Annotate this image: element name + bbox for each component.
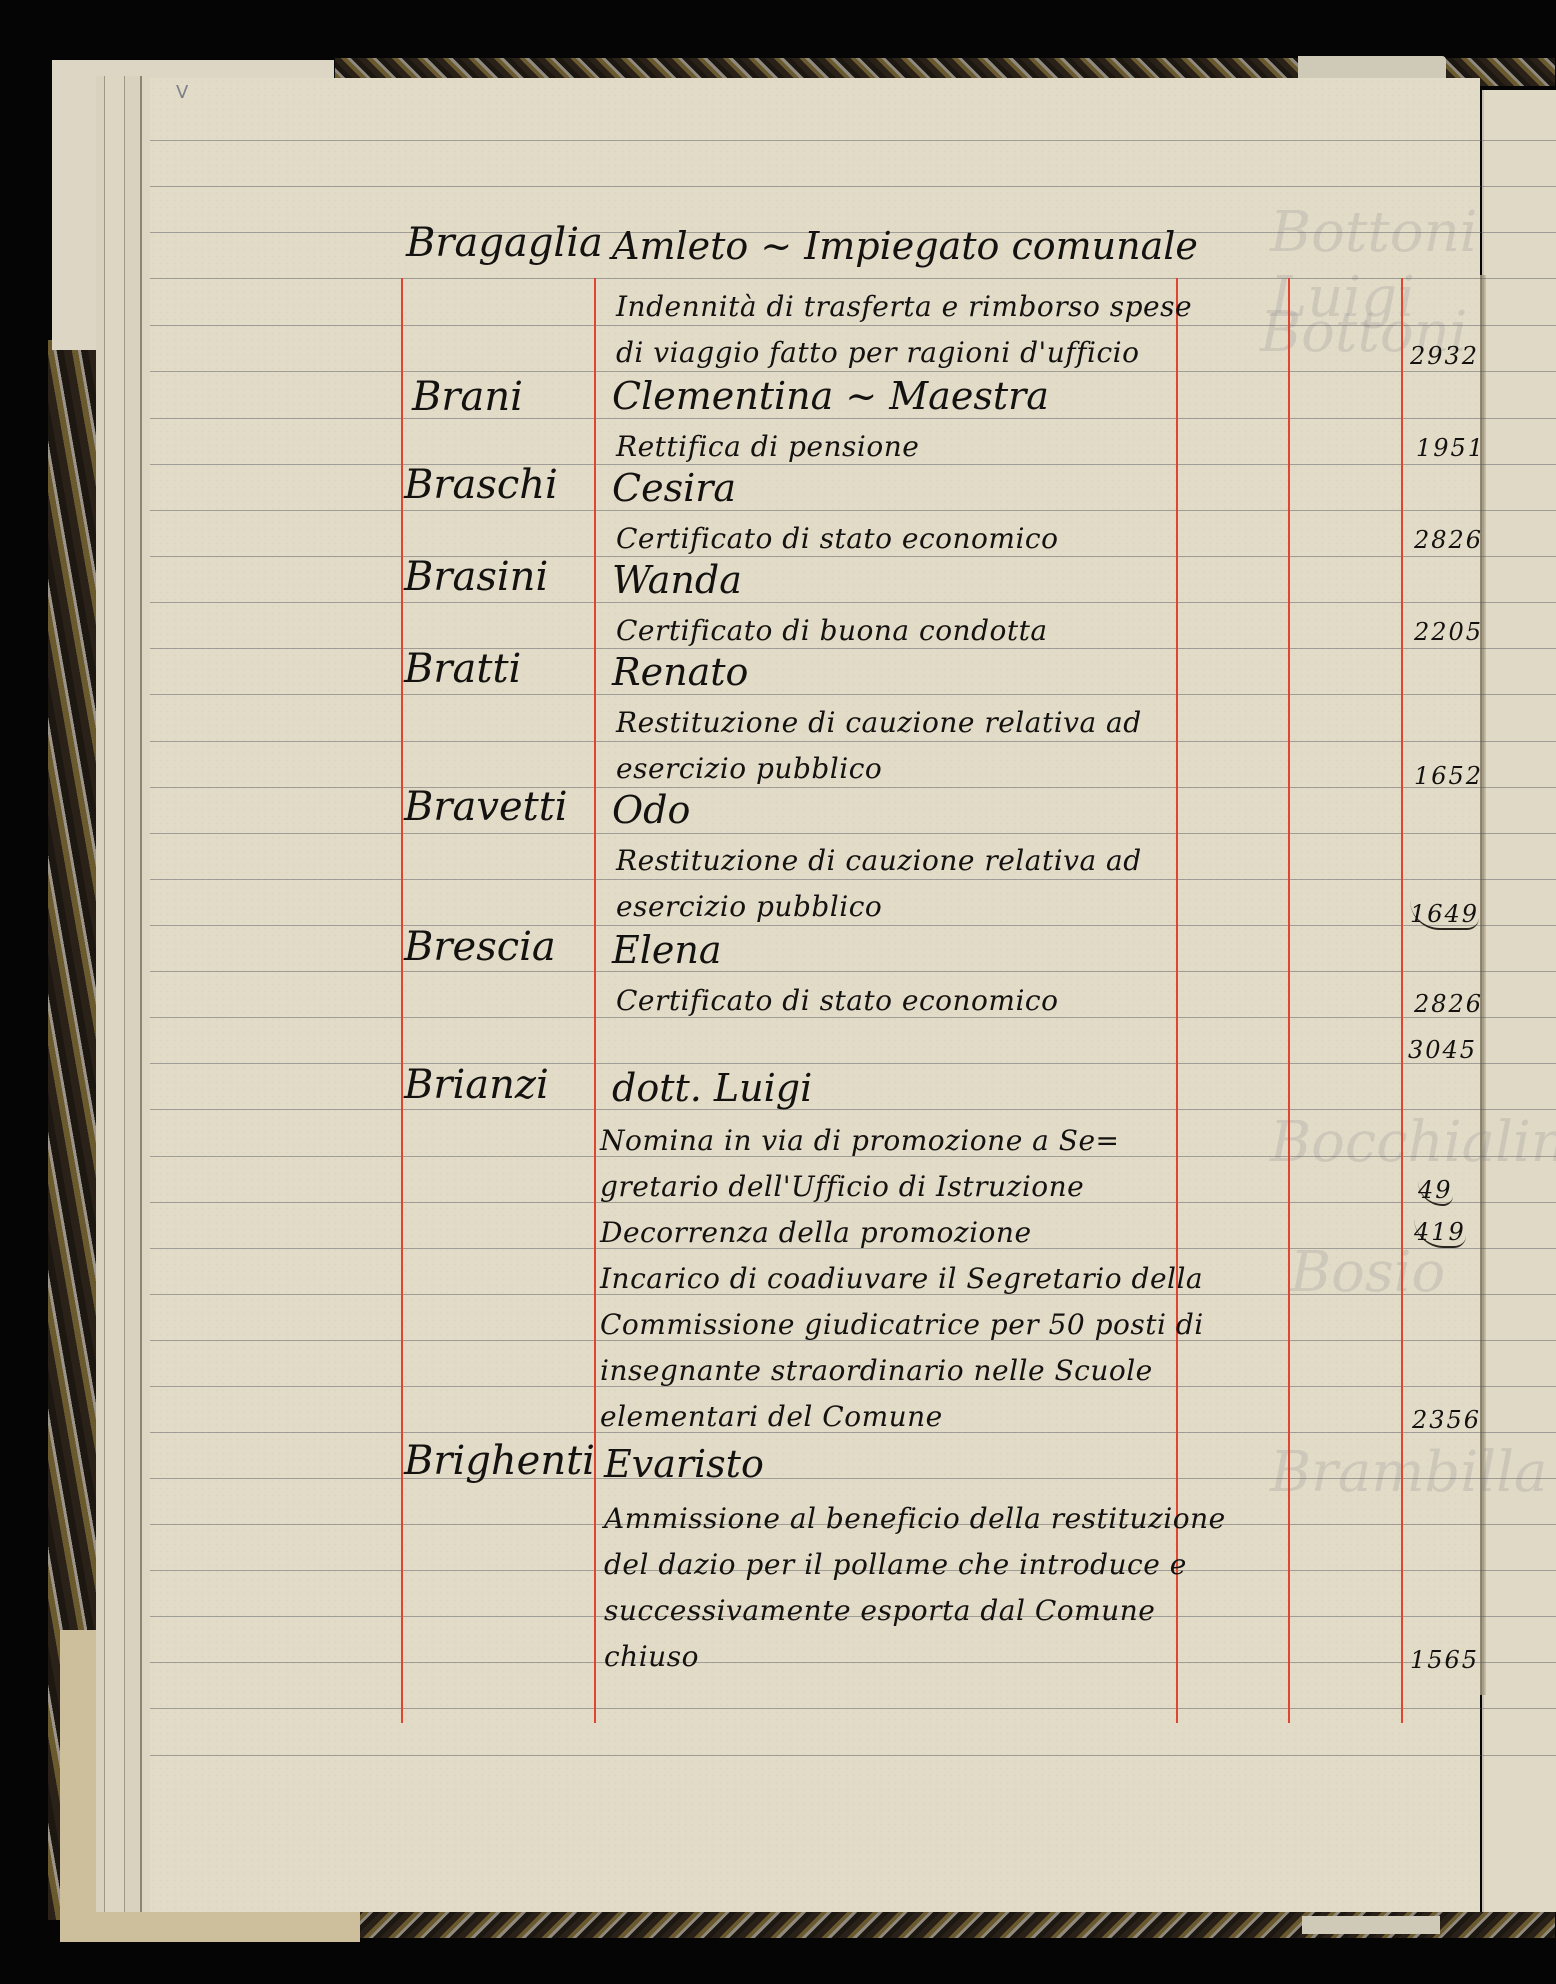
subject-line: insegnante straordinario nelle Scuole: [600, 1354, 1153, 1387]
subject-line: Indennità di trasferta e rimborso spese: [616, 290, 1192, 323]
subject-line: Restituzione di cauzione relativa ad: [616, 844, 1142, 877]
subject-line: Restituzione di cauzione relativa ad: [616, 706, 1142, 739]
given-name: Amleto ~ Impiegato comunale: [612, 224, 1198, 268]
subject-line: Commissione giudicatrice per 50 posti di: [600, 1308, 1204, 1341]
bleed-through-text: Bocchialini: [1270, 1110, 1556, 1175]
surname: Braschi: [404, 462, 558, 508]
surname: Bragaglia: [406, 220, 603, 266]
red-column-rule: [1401, 278, 1403, 1723]
reference-number: 2205: [1414, 618, 1483, 646]
subject-line: di viaggio fatto per ragioni d'ufficio: [616, 336, 1139, 369]
given-name: Elena: [612, 928, 722, 972]
surname: Brighenti: [404, 1438, 595, 1484]
surname: Brescia: [404, 924, 556, 970]
reference-number: 2932: [1410, 342, 1479, 370]
subject-line: chiuso: [604, 1640, 699, 1673]
reference-number: 3045: [1408, 1036, 1477, 1064]
reference-number: 49: [1418, 1176, 1453, 1206]
surname: Brani: [412, 374, 523, 420]
reference-number: 1652: [1414, 762, 1483, 790]
given-name: Clementina ~ Maestra: [612, 374, 1049, 418]
red-column-rule: [1288, 278, 1290, 1723]
subject-line: Incarico di coadiuvare il Segretario del…: [600, 1262, 1203, 1295]
surname: Brasini: [404, 554, 548, 600]
subject-line: del dazio per il pollame che introduce e: [604, 1548, 1187, 1581]
subject-line: esercizio pubblico: [616, 752, 882, 785]
binding-tab-bottom: [1302, 1916, 1440, 1934]
subject-line: Certificato di buona condotta: [616, 614, 1048, 647]
reference-number: 2826: [1414, 990, 1483, 1018]
given-name: dott. Luigi: [612, 1066, 812, 1110]
reference-number: 2826: [1414, 526, 1483, 554]
subject-line: Decorrenza della promozione: [600, 1216, 1032, 1249]
given-name: Wanda: [612, 558, 742, 602]
subject-line: Certificato di stato economico: [616, 984, 1058, 1017]
bleed-through-text: Brambilla: [1270, 1440, 1547, 1505]
facing-page-edge: [1482, 90, 1556, 1912]
reference-number: 1951: [1416, 434, 1485, 462]
subject-line: Ammissione al beneficio della restituzio…: [604, 1502, 1226, 1535]
surname: Bravetti: [404, 784, 568, 830]
surname: Bratti: [404, 646, 521, 692]
subject-line: gretario dell'Ufficio di Istruzione: [600, 1170, 1084, 1203]
reference-number: 1565: [1410, 1646, 1479, 1674]
reference-number: 419: [1414, 1218, 1466, 1248]
reference-number: 2356: [1412, 1406, 1481, 1434]
subject-line: elementari del Comune: [600, 1400, 943, 1433]
reference-number: 1649: [1410, 900, 1479, 930]
pencil-mark: V: [176, 82, 188, 103]
subject-line: Rettifica di pensione: [616, 430, 919, 463]
surname: Brianzi: [404, 1062, 549, 1108]
red-column-rule: [594, 278, 596, 1723]
subject-line: Nomina in via di promozione a Se=: [600, 1124, 1119, 1157]
subject-line: Certificato di stato economico: [616, 522, 1058, 555]
subject-line: esercizio pubblico: [616, 890, 882, 923]
given-name: Cesira: [612, 466, 736, 510]
given-name: Odo: [612, 788, 690, 832]
subject-line: successivamente esporta dal Comune: [604, 1594, 1155, 1627]
given-name: Evaristo: [604, 1442, 764, 1486]
bleed-through-text: Bosio: [1290, 1240, 1445, 1305]
page-stack-edges: [96, 76, 152, 1912]
red-column-rule: [401, 278, 403, 1723]
given-name: Renato: [612, 650, 748, 694]
